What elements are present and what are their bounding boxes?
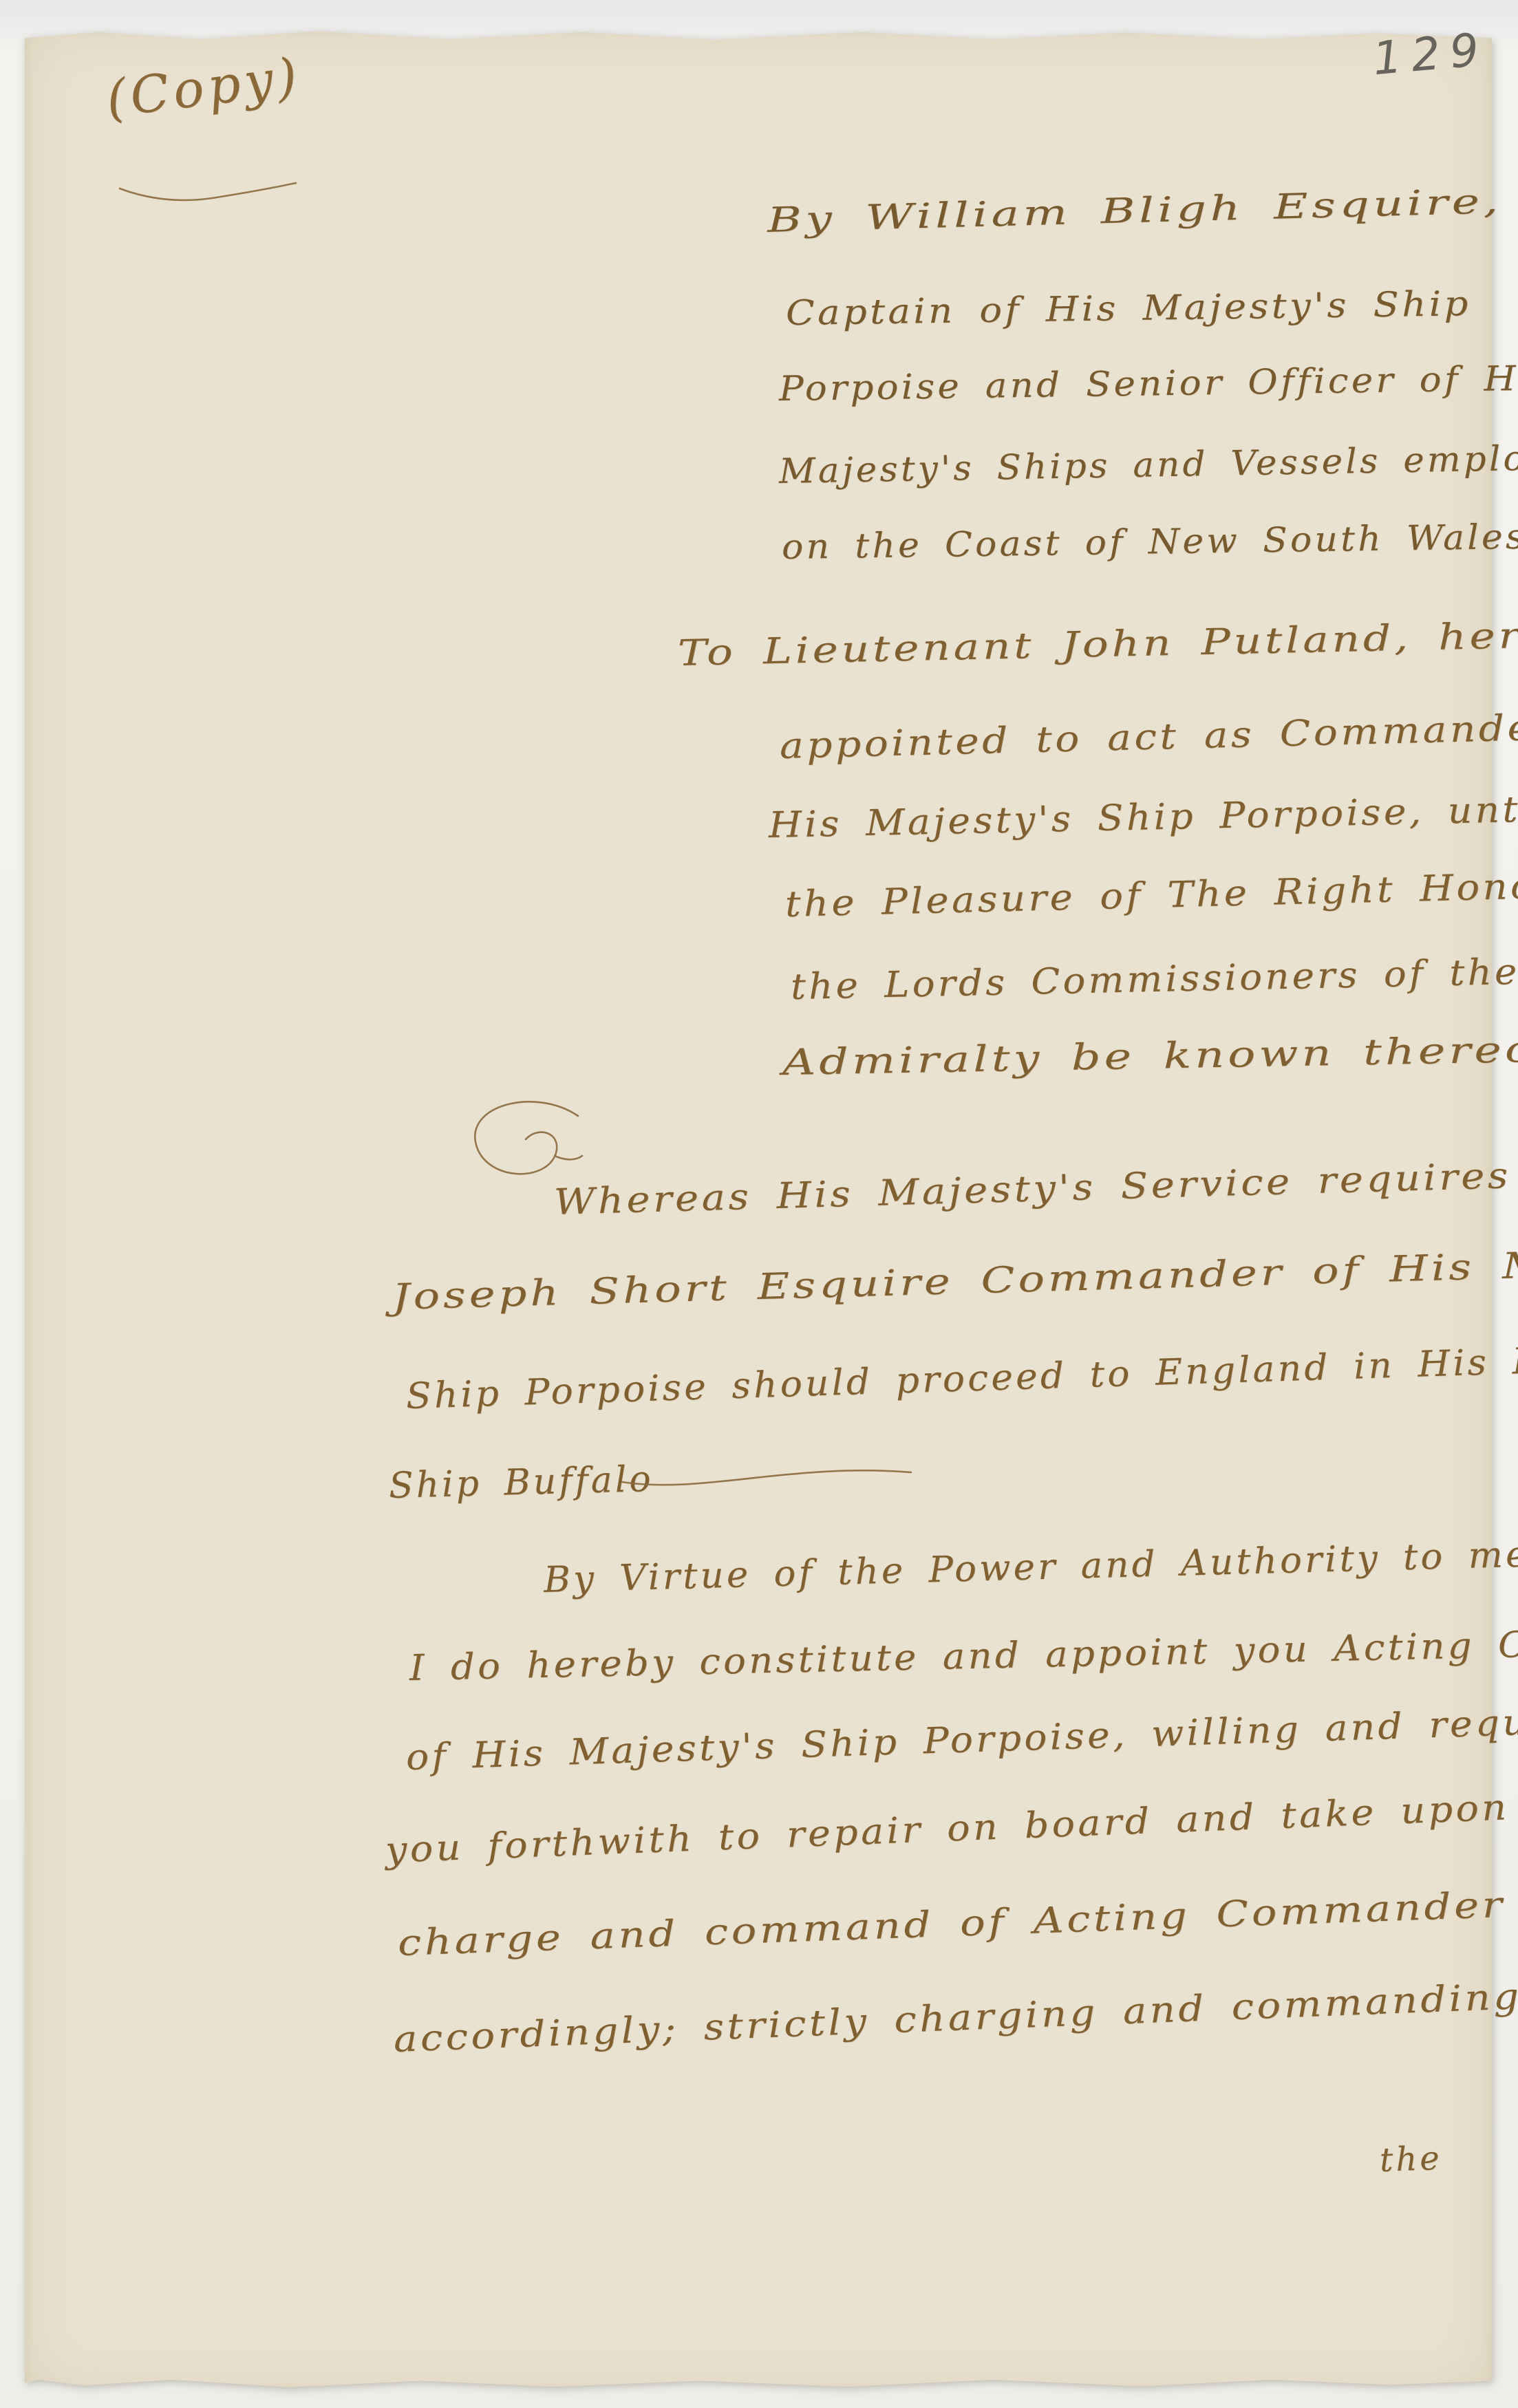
heading-line: on the Coast of New South Wales. — — [781, 504, 1518, 578]
page-number-annotation: 129 — [1371, 23, 1490, 85]
catchword: the — [1378, 2127, 1443, 2191]
manuscript-scan: 129 (Copy) By William Bligh Esquire, Cap… — [0, 0, 1518, 2408]
heading-line: Porpoise and Senior Officer of His — [778, 347, 1518, 420]
heading-line: Captain of His Majesty's Ship — [785, 272, 1471, 344]
body-line: Ship Buffalo — [388, 1448, 654, 1517]
